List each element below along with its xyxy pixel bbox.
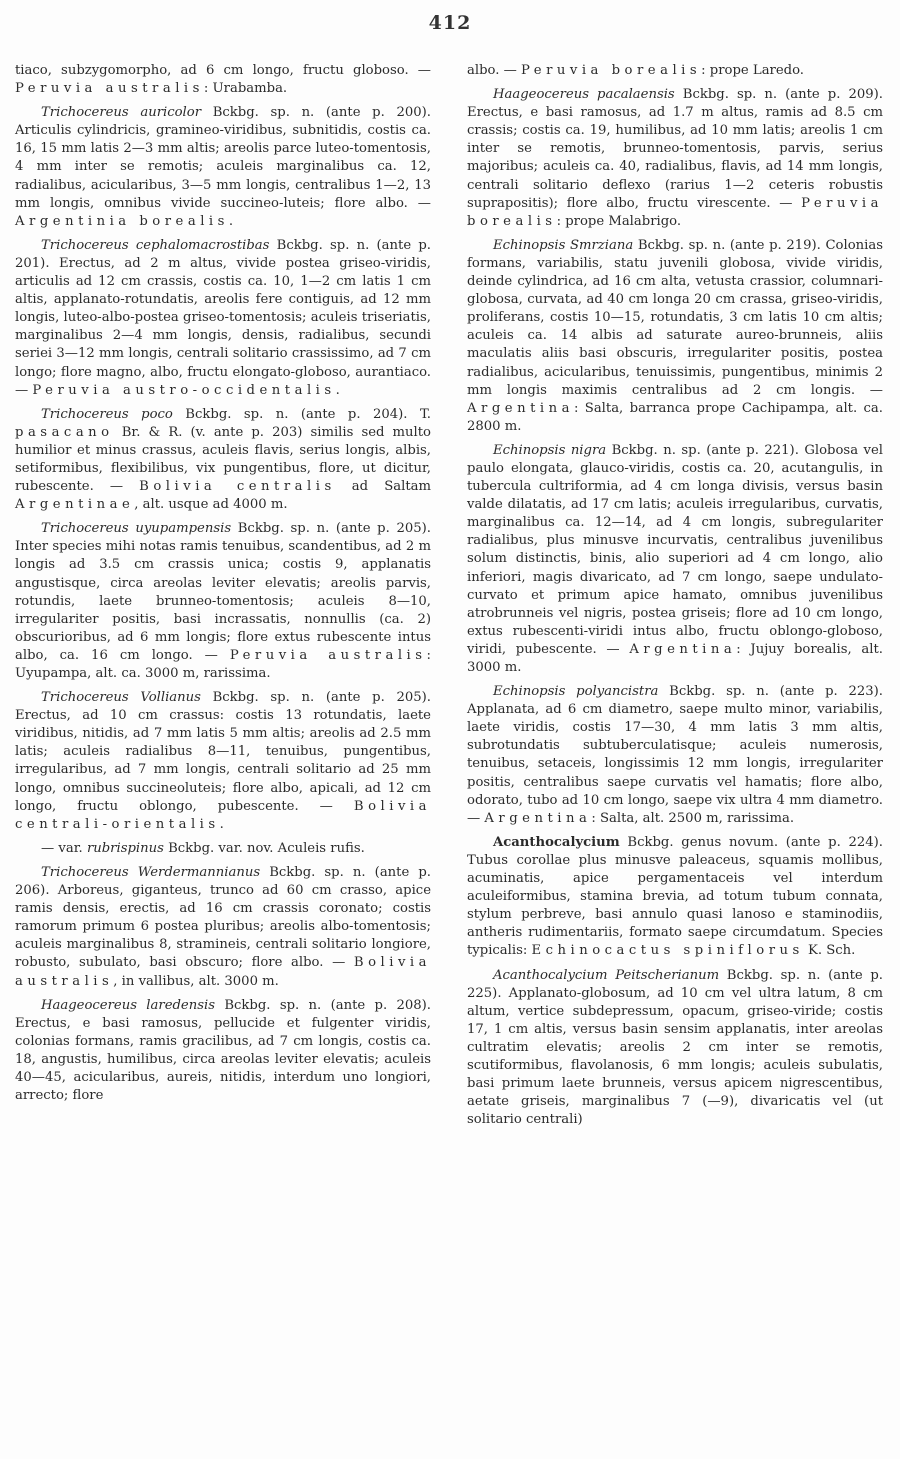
paragraph: Haageocereus pacalaensis Bckbg. sp. n. (… xyxy=(467,86,883,231)
locality: Peruvia australis xyxy=(230,648,427,663)
locality: Peruvia austro-occidentalis xyxy=(32,383,335,398)
left-column: tiaco, subzygomorpho, ad 6 cm longo, fru… xyxy=(15,62,431,1111)
text-run: Bckbg. sp. n. (ante p. 208). Erectus, e … xyxy=(15,998,431,1103)
text-run: tiaco, subzygomorpho, ad 6 cm longo, fru… xyxy=(15,63,431,78)
text-run: ad Saltam xyxy=(336,479,431,494)
text-run: Bckbg. sp. n. (ante p. 201). Erectus, ad… xyxy=(15,238,431,398)
paragraph: Acanthocalycium Bckbg. genus novum. (ant… xyxy=(467,834,883,961)
text-run: — var. xyxy=(41,841,87,856)
species-name: Trichocereus uyupampensis xyxy=(41,521,231,536)
text-run: , in vallibus, alt. 3000 m. xyxy=(113,974,279,989)
text-run: Bckbg. sp. n. (ante p. 205). Erectus, ad… xyxy=(15,690,431,814)
locality: Peruvia borealis xyxy=(521,63,701,78)
species-name: Haageocereus pacalaensis xyxy=(493,87,675,102)
paragraph: Trichocereus Vollianus Bckbg. sp. n. (an… xyxy=(15,689,431,834)
paragraph: tiaco, subzygomorpho, ad 6 cm longo, fru… xyxy=(15,62,431,98)
text-run: , alt. usque ad 4000 m. xyxy=(134,497,287,512)
species-name: Trichocereus Werdermannianus xyxy=(41,865,260,880)
paragraph: Trichocereus uyupampensis Bckbg. sp. n. … xyxy=(15,520,431,683)
text-run: Bckbg. sp. n. (ante p. 205). Inter speci… xyxy=(15,521,431,663)
locality: Argentina xyxy=(467,401,574,416)
text-run: albo. — xyxy=(467,63,521,78)
species-name: Trichocereus poco xyxy=(41,407,173,422)
locality: Bolivia centralis xyxy=(139,479,336,494)
species-name: Trichocereus cephalomacrostibas xyxy=(41,238,269,253)
species-name: Echinopsis nigra xyxy=(493,443,606,458)
paragraph: Trichocereus poco Bckbg. sp. n. (ante p.… xyxy=(15,406,431,515)
paragraph: Echinopsis polyancistra Bckbg. sp. n. (a… xyxy=(467,683,883,828)
locality: Argentina xyxy=(629,642,736,657)
locality: Argentinae xyxy=(15,497,134,512)
text-run: Bckbg. genus novum. (ante p. 224). Tubus… xyxy=(467,835,883,959)
paragraph: Echinopsis nigra Bckbg. n. sp. (ante p. … xyxy=(467,442,883,677)
text-run: : Salta, alt. 2500 m, rarissima. xyxy=(591,811,794,826)
species-name: Echinopsis Smrziana xyxy=(493,238,633,253)
text-run: Bckbg. var. nov. Aculeis rufis. xyxy=(164,841,365,856)
document-page: 412 tiaco, subzygomorpho, ad 6 cm longo,… xyxy=(0,0,900,1459)
species-name: Trichocereus Vollianus xyxy=(41,690,201,705)
species-name: Acanthocalycium Peitscherianum xyxy=(493,968,719,983)
text-run: . xyxy=(336,383,340,398)
paragraph: Trichocereus auricolor Bckbg. sp. n. (an… xyxy=(15,104,431,231)
text-run: K. Sch. xyxy=(804,943,856,958)
right-column: albo. — Peruvia borealis: prope Laredo.H… xyxy=(467,62,883,1135)
paragraph: Echinopsis Smrziana Bckbg. sp. n. (ante … xyxy=(467,237,883,436)
paragraph: — var. rubrispinus Bckbg. var. nov. Acul… xyxy=(15,840,431,858)
text-run: Bckbg. n. sp. (ante p. 221). Globosa vel… xyxy=(467,443,883,657)
species-name: Haageocereus laredensis xyxy=(41,998,215,1013)
locality: Argentina xyxy=(484,811,591,826)
text-run: Bckbg. sp. n. (ante p. 225). Applanato-g… xyxy=(467,968,883,1128)
locality: Echinocactus spiniflorus xyxy=(532,943,804,958)
text-run: . xyxy=(229,214,233,229)
text-run: Bckbg. sp. n. (ante p. 204). T. xyxy=(173,407,431,422)
text-run: . xyxy=(220,817,224,832)
text-run: : Urabamba. xyxy=(204,81,287,96)
locality: Argentinia borealis xyxy=(15,214,229,229)
paragraph: Trichocereus cephalomacrostibas Bckbg. s… xyxy=(15,237,431,400)
species-name: Trichocereus auricolor xyxy=(41,105,201,120)
paragraph: albo. — Peruvia borealis: prope Laredo. xyxy=(467,62,883,80)
species-name: Echinopsis polyancistra xyxy=(493,684,658,699)
text-run: Bckbg. sp. n. (ante p. 209). Erectus, e … xyxy=(467,87,883,211)
paragraph: Haageocereus laredensis Bckbg. sp. n. (a… xyxy=(15,997,431,1106)
paragraph: Trichocereus Werdermannianus Bckbg. sp. … xyxy=(15,864,431,991)
text-run: Bckbg. sp. n. (ante p. 200). Articulis c… xyxy=(15,105,431,210)
genus-name: Acanthocalycium xyxy=(493,835,620,850)
text-run: : prope Malabrigo. xyxy=(557,214,682,229)
text-run: : prope Laredo. xyxy=(701,63,804,78)
species-name: rubrispinus xyxy=(87,841,164,856)
locality: Peruvia australis xyxy=(15,81,204,96)
text-run: Bckbg. sp. n. (ante p. 223). Applanata, … xyxy=(467,684,883,826)
page-number: 412 xyxy=(0,12,900,34)
paragraph: Acanthocalycium Peitscherianum Bckbg. sp… xyxy=(467,967,883,1130)
locality: pasacano xyxy=(15,425,114,440)
text-run: Bckbg. sp. n. (ante p. 219). Colonias fo… xyxy=(467,238,883,398)
